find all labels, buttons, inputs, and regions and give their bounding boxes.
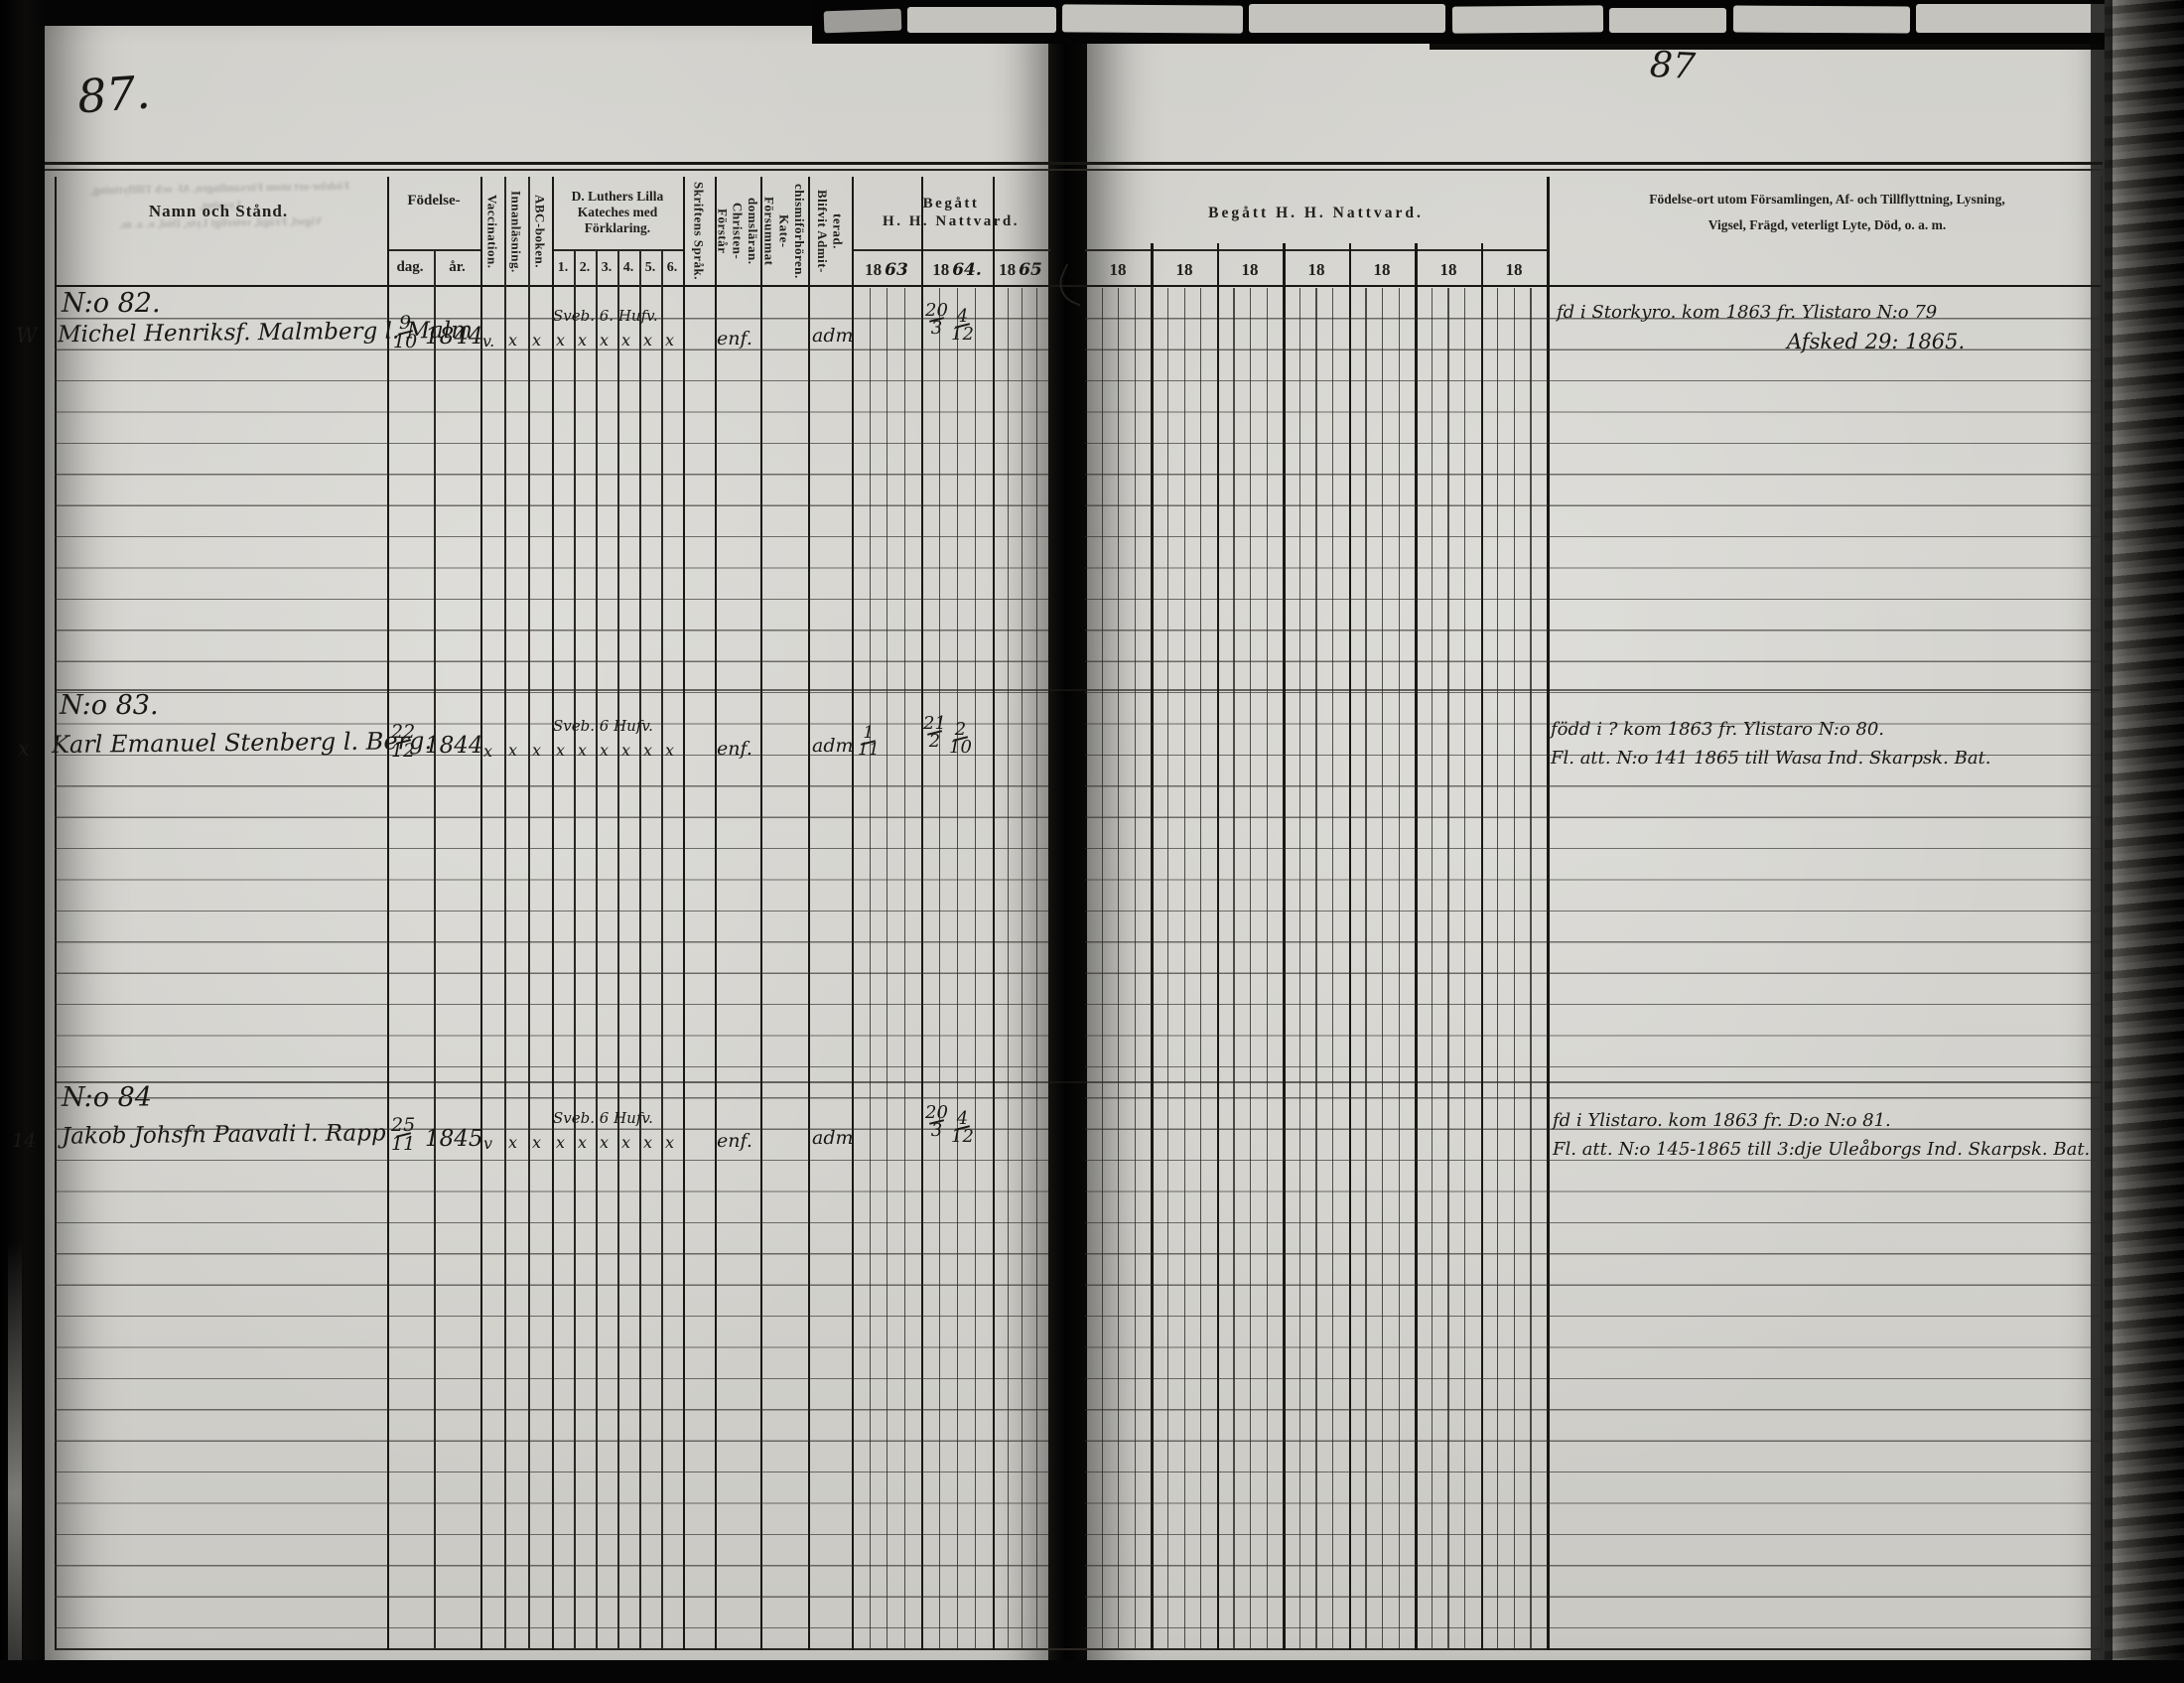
right-year-1: 18 (1085, 256, 1151, 284)
mark-reading: x (508, 331, 517, 350)
row-grid-right (1085, 288, 2103, 1650)
mark-catechism-2: x (578, 331, 587, 350)
mark-catechism-1: x (556, 1133, 565, 1152)
catechism-col-3: 3. (596, 254, 617, 282)
page-number-right: 87 (1649, 45, 1697, 87)
column-header-reading: Innanläsning. (504, 179, 528, 284)
communion-date: 412 (951, 1112, 974, 1144)
communion-date: 203 (925, 1106, 948, 1138)
entry-birth-day: 2511 (391, 1118, 415, 1152)
communion-date: 111 (858, 727, 880, 758)
catechism-col-1: 1. (552, 254, 574, 282)
mark-reading: x (508, 741, 517, 760)
column-header-name: Namn och Stånd. (79, 195, 357, 228)
mark-catechism-3: x (600, 741, 609, 760)
mark-understands: enf. (717, 328, 752, 350)
right-year-2: 18 (1152, 256, 1217, 284)
mark-abc: x (532, 741, 541, 760)
mark-reading: x (508, 1133, 517, 1152)
column-header-notes: Födelse-ort utom Församlingen, Af- och T… (1557, 181, 2098, 244)
year-written: 64. (952, 260, 982, 280)
mark-catechism-4: x (621, 741, 630, 760)
mark-abc: x (532, 331, 541, 350)
right-year-6: 18 (1416, 256, 1481, 284)
entry-margin-mark: x (18, 737, 30, 761)
entry-margin-mark: 14 (12, 1130, 36, 1152)
entry-name: Jakob Johsfn Paavali l. Rapp (62, 1120, 386, 1149)
mark-catechism-3: x (600, 331, 609, 350)
entry-birth-day: 2212 (391, 725, 415, 759)
mark-catechism-6: x (665, 741, 674, 760)
mark-admitted: adm (812, 1127, 854, 1149)
year-cell-1863: 18 63 (854, 256, 919, 284)
communion-date: 412 (951, 310, 974, 342)
mark-catechism-3: x (600, 1133, 609, 1152)
right-year-5: 18 (1349, 256, 1415, 284)
column-header-communion-left: Begått H. H. Nattvard. (852, 185, 1050, 242)
mark-catechism-5: x (643, 331, 652, 350)
communion-date: 212 (923, 717, 946, 749)
right-edge-texture (2105, 0, 2184, 1683)
entry-notes-line: fd i Storkyro. kom 1863 fr. Ylistaro N:o… (1557, 302, 1937, 323)
left-edge (0, 0, 46, 1683)
column-header-abc-book: ABC-boken. (528, 179, 552, 284)
stacked-page-edges (812, 0, 2184, 44)
mark-catechism-4: x (621, 331, 630, 350)
catechism-col-2: 2. (574, 254, 596, 282)
entry-notes-line: Fl. att. N:o 145-1865 till 3:dje Uleåbor… (1553, 1139, 2090, 1160)
column-header-catechism: D. Luthers Lilla Kateches med Förklaring… (554, 181, 681, 244)
column-header-missed-catechism: Försummat Kate- chismiförhören. (760, 179, 808, 284)
entry-number: N:o 82. (62, 288, 161, 319)
entry-number: N:o 83. (60, 690, 159, 721)
mark-catechism-4: x (621, 1133, 630, 1152)
row-grid-left (55, 288, 1048, 1650)
entry-birth-year: 1844 (425, 324, 483, 350)
column-header-scripture-language: Skriftens Språk. (683, 179, 715, 284)
year-cell-1864: 18 64. (923, 256, 991, 284)
mark-catechism-6: x (665, 331, 674, 350)
catechism-note: Sveb. 6 Hufv. (553, 717, 653, 735)
column-header-birth-day: dag. (387, 253, 433, 283)
column-header-admitted: Blifvit Admit- terad. (808, 179, 852, 284)
year-printed: 18 (865, 260, 882, 280)
catechism-col-6: 6. (661, 254, 683, 282)
mark-catechism-6: x (665, 1133, 674, 1152)
right-year-7: 18 (1481, 256, 1547, 284)
column-header-birth-group: Födelse- (387, 187, 480, 216)
right-year-4: 18 (1284, 256, 1349, 284)
year-written: 65 (1019, 260, 1042, 280)
page-number-left: 87. (75, 66, 152, 124)
column-header-birth-year: år. (435, 253, 479, 283)
year-written: 63 (885, 260, 908, 280)
entry-number: N:o 84 (62, 1082, 152, 1113)
page-edge-line (1430, 44, 2184, 50)
entry-notes-line: född i ? kom 1863 fr. Ylistaro N:o 80. (1551, 719, 1884, 740)
catechism-note: Sveb. 6 Hufv. (553, 1109, 653, 1127)
bottom-edge (0, 1660, 2184, 1683)
year-printed: 18 (932, 260, 949, 280)
mark-vaccination: v (483, 1134, 492, 1153)
entry-margin-mark: W (16, 324, 38, 348)
entry-birth-year: 1845 (425, 1126, 483, 1152)
entry-notes-line: Afsked 29: 1865. (1787, 330, 1965, 353)
catechism-col-5: 5. (639, 254, 661, 282)
year-printed: 18 (999, 260, 1016, 280)
mark-catechism-2: x (578, 741, 587, 760)
book-gutter (1048, 0, 1087, 1683)
catechism-note: Sveb. 6. Hufv. (553, 307, 658, 325)
mark-understands: enf. (717, 1130, 752, 1152)
communion-date: 203 (925, 304, 948, 336)
mark-abc: x (532, 1133, 541, 1152)
entry-name: Karl Emanuel Stenberg l. Berg. (52, 727, 432, 759)
entry-notes-line: Fl. att. N:o 141 1865 till Wasa Ind. Ska… (1551, 748, 1991, 769)
mark-vaccination: x (483, 742, 492, 761)
mark-catechism-1: x (556, 331, 565, 350)
mark-admitted: adm (812, 735, 854, 757)
mark-catechism-5: x (643, 1133, 652, 1152)
entry-notes-line: fd i Ylistaro. kom 1863 fr. D:o N:o 81. (1553, 1110, 1891, 1131)
register-scan: 87. 87 Födelse-ort utom Församlingen, Af… (0, 0, 2184, 1683)
column-header-communion-right: Begått H. H. Nattvard. (1085, 197, 1547, 230)
communion-date: 210 (949, 723, 972, 755)
mark-understands: enf. (717, 738, 752, 760)
catechism-col-4: 4. (617, 254, 639, 282)
entry-birth-day: 910 (393, 316, 417, 350)
mark-catechism-2: x (578, 1133, 587, 1152)
mark-admitted: adm (812, 325, 854, 347)
column-header-vaccination: Vaccination. (480, 179, 504, 284)
column-header-understands-doctrine: Förstår Christen- domsläran. (715, 179, 760, 284)
right-year-3: 18 (1217, 256, 1283, 284)
left-edge-highlight (8, 1241, 22, 1662)
year-cell-1865: 18 65 (993, 256, 1048, 284)
entry-birth-year: 1844 (425, 733, 483, 759)
mark-catechism-5: x (643, 741, 652, 760)
mark-catechism-1: x (556, 741, 565, 760)
mark-vaccination: v. (482, 332, 494, 351)
